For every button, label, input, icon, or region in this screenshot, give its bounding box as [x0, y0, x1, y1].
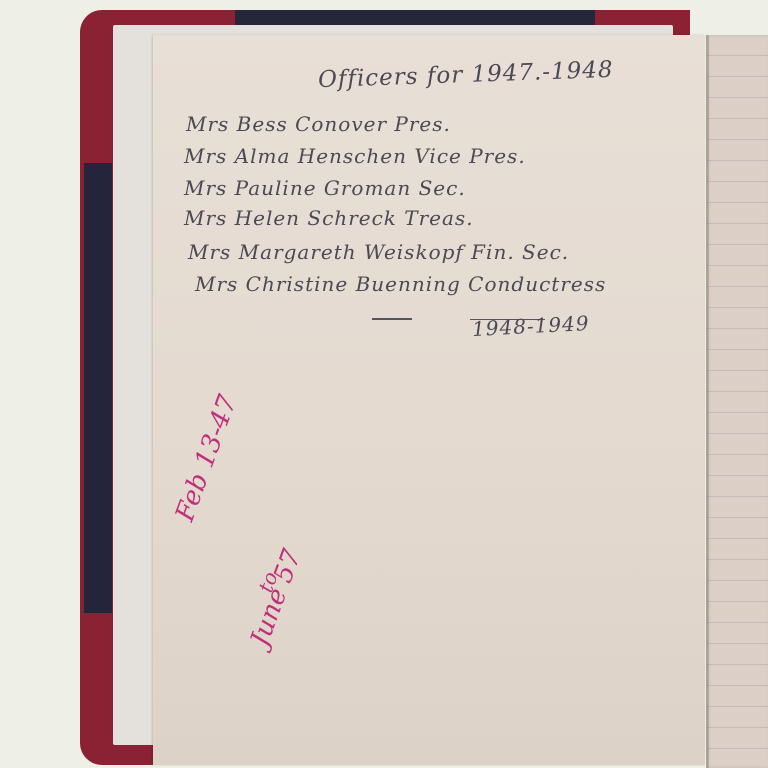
divider-dash: [372, 318, 412, 320]
notebook-photo: Officers for 1947.-1948 Mrs Bess Conover…: [0, 0, 768, 768]
cover-spine-left: [84, 163, 112, 613]
officer-line: Mrs Alma Henschen Vice Pres.: [184, 144, 526, 168]
officer-line: Mrs Helen Schreck Treas.: [184, 206, 474, 230]
ledger-page: [706, 35, 768, 768]
officer-line: Mrs Pauline Groman Sec.: [184, 176, 466, 200]
officer-line: Mrs Margareth Weiskopf Fin. Sec.: [188, 240, 569, 264]
officer-line: Mrs Christine Buenning Conductress: [195, 272, 606, 296]
officer-line: Mrs Bess Conover Pres.: [186, 112, 451, 136]
